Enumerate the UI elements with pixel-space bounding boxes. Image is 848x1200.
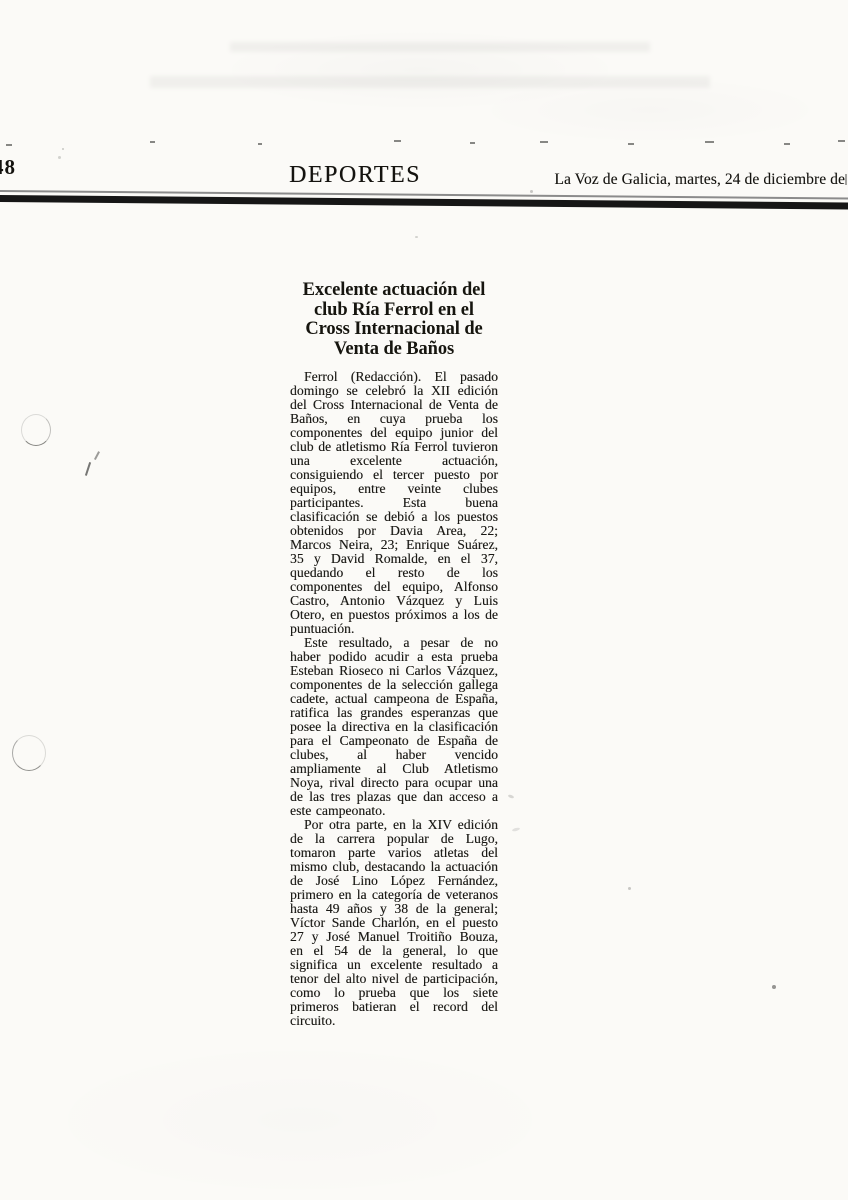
scan-dash: [628, 143, 634, 145]
scan-dash: [258, 143, 262, 145]
scan-speck: [512, 827, 521, 832]
article-paragraph: Este resultado, a pesar de no haber podi…: [290, 636, 498, 818]
page-number: 48: [0, 155, 16, 180]
scan-ring-artifact: [21, 414, 51, 446]
scan-scratch-mark: [94, 451, 100, 460]
scan-dash: [394, 140, 401, 142]
scan-speck: [508, 794, 515, 799]
article-paragraph: Ferrol (Redacción). El pasado domingo se…: [290, 370, 498, 636]
scan-speck: [62, 148, 64, 150]
scan-smudge: [150, 76, 710, 88]
scan-speck: [628, 887, 631, 890]
scan-speck: [415, 236, 418, 238]
section-title: DEPORTES: [245, 162, 465, 189]
scan-speck: [58, 156, 61, 159]
masthead-dateline: La Voz de Galicia, martes, 24 de diciemb…: [554, 171, 845, 189]
scan-scratch-mark: [85, 462, 92, 476]
scan-dash: [705, 141, 714, 143]
header-divider: [0, 190, 848, 210]
scan-dash: [838, 140, 845, 142]
clipped-character-mark: [845, 174, 847, 185]
scan-speck: [530, 190, 533, 193]
scan-dash: [150, 141, 155, 143]
scan-dash: [6, 144, 12, 146]
scan-dash: [470, 142, 475, 144]
scan-ring-artifact: [12, 735, 46, 771]
news-article: Excelente actuación del club Ría Ferrol …: [290, 281, 498, 1028]
newspaper-page: 48 DEPORTES La Voz de Galicia, martes, 2…: [0, 0, 848, 1200]
scan-speck: [772, 985, 776, 989]
article-headline: Excelente actuación del club Ría Ferrol …: [290, 281, 498, 359]
article-paragraph: Por otra parte, en la XIV edición de la …: [290, 818, 498, 1028]
article-body: Ferrol (Redacción). El pasado domingo se…: [290, 370, 498, 1028]
scan-dash: [540, 141, 548, 143]
scan-smudge: [230, 42, 650, 52]
scan-dash: [784, 143, 790, 145]
